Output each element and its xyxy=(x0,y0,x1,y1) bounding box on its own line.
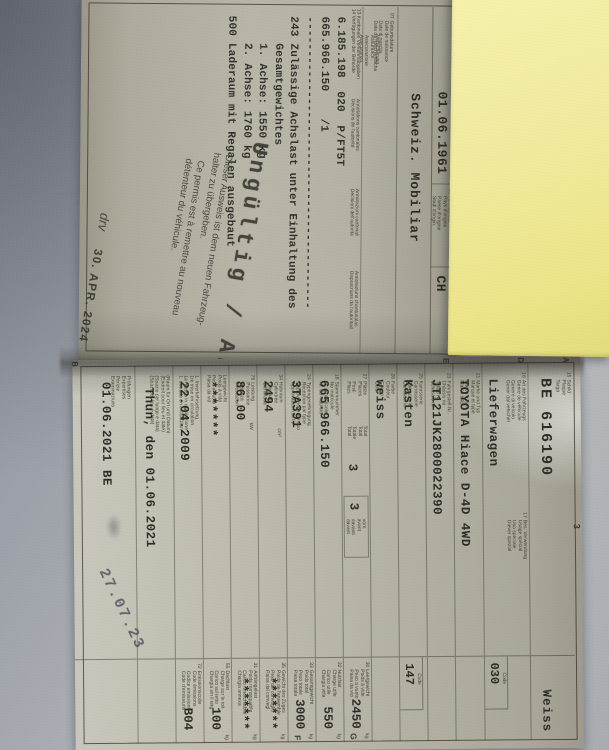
vehicle-registration-photo: 01.06.1961 08 HeimatstaatPays d'origineP… xyxy=(0,0,609,750)
upper-page-content: 01.06.1961 08 HeimatstaatPays d'origineP… xyxy=(78,0,459,362)
annotations-header-fr: Annotations cantonalesDécisions de l'aut… xyxy=(349,99,360,151)
row-color: 26FarbeCouleurColoreColur weiss xyxy=(368,363,399,741)
train-weight-cell: 35Gewicht des ZugesPoids de l'ensemblePe… xyxy=(260,657,288,742)
payload: 550 xyxy=(320,706,334,729)
emissions-code-cell: 72EmissionscodeCode émissionsCodice emis… xyxy=(176,658,204,743)
chassis-cell: 23Fahrgestell-Nr.Châssis noTelaio n.Scha… xyxy=(425,363,455,656)
serial-cell: 18StammnummerNo matriculeN. di matricola… xyxy=(313,364,343,657)
footnote-marker: F xyxy=(293,735,303,740)
plates-cell: 15SchildPlaqueTarga BE 616190 xyxy=(528,362,575,655)
emissions-code: B04 xyxy=(180,708,194,731)
color-value: weiss xyxy=(372,379,386,419)
power-cell: 76LeistungPuissancePotenzaPrestaziun kW … xyxy=(229,365,259,658)
color-quickref-cell: Weiss xyxy=(531,655,576,740)
row-serial-payload: 18StammnummerNo matriculeN. di matricola… xyxy=(312,364,343,742)
empty-cell xyxy=(72,659,137,745)
annotations-header-de: 13 Kantonale Verkehrsabgaben14 Verfügung… xyxy=(349,9,360,79)
annotation-line: 6.185.198 020 P/FT5T xyxy=(329,17,347,357)
type-code-cell: Code030 xyxy=(485,655,531,740)
insurance-value: Schweiz. Mobiliar xyxy=(406,93,422,243)
body-code-cell: Code147 xyxy=(400,656,428,741)
footnote-marker: G xyxy=(349,733,359,740)
handwritten-initials: drv xyxy=(95,212,113,232)
row-roofload: LeergewichtPoids à videPeso a vuotoPaisa… xyxy=(200,365,231,743)
first-registration-date: 22.04.2009 xyxy=(176,381,191,461)
towing-weight-cell: 31AnhängelastPoids remorquableCarico rim… xyxy=(232,658,260,743)
vehicle-type-cell: 16Art des FahrzeugsGenre de véhiculeGene… xyxy=(482,362,530,655)
plate-number: BE 616190 xyxy=(536,378,554,477)
body-style: Kasten xyxy=(400,379,414,427)
stamp-smudge xyxy=(106,514,122,540)
chassis-number: JT121JK2800022390 xyxy=(428,379,443,515)
starred-weight: ******* xyxy=(204,381,218,437)
roof-load: 100 xyxy=(208,707,222,730)
color-cell: 26FarbeCouleurColoreColur weiss xyxy=(369,363,399,656)
annotations-header-rm: Annotaziuns chantunalasDisposiziuns da l… xyxy=(347,271,358,329)
empty-cell xyxy=(372,656,400,741)
empty-weight-cell: 30LeergewichtPoids à videPeso a vuotoPai… xyxy=(344,657,372,742)
inspection-date: 01.06.2021 BE xyxy=(98,382,113,486)
vehicle-type-value: Lieferwagen xyxy=(485,378,500,466)
vehicle-data-table: A 15SchildPlaqueTarga BE 616190 Weiss D … xyxy=(80,362,575,744)
insurance-row: Schweiz. Mobiliar xyxy=(394,7,433,353)
origin-value: CH xyxy=(433,275,448,292)
place-date-cell: (Raum für Ort und Datum)(Endroit pour li… xyxy=(135,365,175,658)
body-code: 147 xyxy=(402,663,416,685)
make-cell: 21Marke und TypMarque et typeMarca e tip… xyxy=(453,363,484,656)
empty-weight: 2450 xyxy=(348,699,362,729)
issue-place-date: Thun, den 01.06.2021 xyxy=(142,387,157,547)
body-cell: 25KarosserieCarrosserieCarrozzeriaCarros… xyxy=(397,363,427,656)
sticky-note xyxy=(448,0,609,357)
displacement: 2494 xyxy=(260,380,274,412)
row-first-registration-emissions: 1. Inverkehrsetzung1re mise en circulati… xyxy=(172,365,203,743)
row-make-type: 21Marke und TypMarque et typeMarca e tip… xyxy=(452,363,484,741)
first-registration-cell: 1. Inverkehrsetzung1re mise en circulati… xyxy=(173,365,203,658)
make-and-type: TOYOTA Hiace D-4D 4WD xyxy=(456,379,471,547)
payload-cell: 32NutzlastCharge utileCarico utileChargi… xyxy=(316,657,344,742)
type-code: 030 xyxy=(487,662,501,684)
annotation-line: 665.966.150 /1 xyxy=(313,16,331,356)
seats-cell: 27PlätzePlacesPostiPlazs TotalTotalTotal… xyxy=(341,364,371,657)
row-approval-gross: 24TypengenehmigungRéception par typeAppr… xyxy=(284,364,315,742)
lower-page-content: 3 A 15SchildPlaqueTarga BE 616190 Weiss … xyxy=(72,356,583,750)
empty-cell xyxy=(138,658,176,743)
gross-weight-cell: 33GesamtgewichtPoids totalPeso totalePai… xyxy=(288,657,316,742)
inspections-cell: PrüfungenExpertisesPerizieExaminaziuns 0… xyxy=(72,366,137,660)
serial-number: 665.966.150 xyxy=(316,380,331,468)
date-stamp: 30. APR. 2024 xyxy=(78,248,103,343)
cancellation-date: drv 30. APR. 2024 xyxy=(78,212,113,344)
displacement-cell: 34HubraumCylindréeCilindrataCilindrada c… xyxy=(257,364,287,657)
seats-total: 3 xyxy=(345,464,359,472)
row-inspections: B PrüfungenExpertisesPerizieExaminaziuns… xyxy=(72,366,137,745)
row-power-towing: 76LeistungPuissancePotenzaPrestaziun kW … xyxy=(228,365,259,743)
color-quickref: Weiss xyxy=(539,690,553,733)
seats-front-cell: 3 vornavantdavantidavant xyxy=(343,496,369,558)
starred-weight-cell: LeergewichtPoids à videPeso a vuotoPaisa… xyxy=(201,365,231,658)
roof-load-cell: 55DachlastCharge sur le toitCarico sul t… xyxy=(204,658,232,743)
row-displacement: 34HubraumCylindréeCilindrataCilindrada c… xyxy=(256,364,287,742)
birthdate-value: 01.06.1961 xyxy=(434,91,450,174)
engine-power: 86.00 xyxy=(232,381,246,421)
annotations-header-it: Annotazioni cantonaliDecisioni dell'auto… xyxy=(348,189,359,237)
row-vehicle-type: D 16Art des FahrzeugsGenre de véhiculeGe… xyxy=(481,362,530,740)
gross-weight: 3000 xyxy=(292,699,306,729)
upper-page: 01.06.1961 08 HeimatstaatPays d'origineP… xyxy=(78,0,459,364)
type-approval-cell: 24TypengenehmigungRéception par typeAppr… xyxy=(285,364,315,657)
annotation-divider: ----------------------------------------… xyxy=(298,16,316,356)
row-body: 25KarosserieCarrosserieCarrozzeriaCarros… xyxy=(396,363,427,741)
empty-cell xyxy=(456,656,485,741)
towing-weight: ******* xyxy=(236,677,250,730)
row-seats-weight: 27PlätzePlacesPostiPlazs TotalTotalTotal… xyxy=(340,364,371,742)
row-chassis: E 23Fahrgestell-Nr.Châssis noTelaio n.Sc… xyxy=(424,363,455,741)
seats-front: 3 xyxy=(347,503,361,511)
empty-cell xyxy=(428,656,456,741)
row-place-date: (Raum für Ort und Datum)(Endroit pour li… xyxy=(134,365,175,743)
train-weight: ******* xyxy=(264,677,278,730)
row-plates: A 15SchildPlaqueTarga BE 616190 Weiss xyxy=(527,362,575,740)
type-approval: 3TA391 xyxy=(288,380,302,428)
lower-page: 3 A 15SchildPlaqueTarga BE 616190 Weiss … xyxy=(72,356,583,750)
